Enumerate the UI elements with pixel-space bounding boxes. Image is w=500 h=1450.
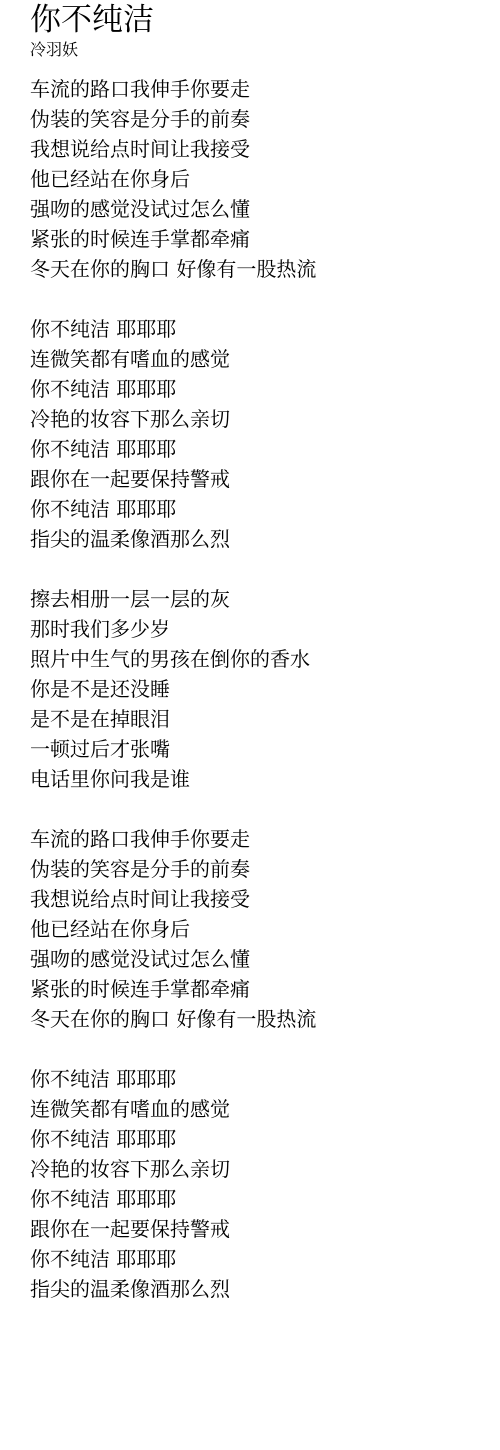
- lyric-line: 跟你在一起要保持警戒: [30, 1214, 470, 1244]
- lyric-line: 伪装的笑容是分手的前奏: [30, 854, 470, 884]
- lyric-line: 车流的路口我伸手你要走: [30, 74, 470, 104]
- lyric-line: 车流的路口我伸手你要走: [30, 824, 470, 854]
- lyric-line: 一顿过后才张嘴: [30, 734, 470, 764]
- lyric-line: 你不纯洁 耶耶耶: [30, 1184, 470, 1214]
- lyric-line: 他已经站在你身后: [30, 164, 470, 194]
- lyric-line: 你不纯洁 耶耶耶: [30, 434, 470, 464]
- song-artist: 冷羽妖: [30, 38, 470, 62]
- lyric-line: 你不纯洁 耶耶耶: [30, 1064, 470, 1094]
- lyric-line: 你不纯洁 耶耶耶: [30, 1244, 470, 1274]
- lyrics: 车流的路口我伸手你要走伪装的笑容是分手的前奏我想说给点时间让我接受他已经站在你身…: [30, 74, 470, 1304]
- lyric-line: 你不纯洁 耶耶耶: [30, 314, 470, 344]
- lyric-line: 冬天在你的胸口 好像有一股热流: [30, 1004, 470, 1034]
- lyric-line: 跟你在一起要保持警戒: [30, 464, 470, 494]
- lyric-line: 我想说给点时间让我接受: [30, 884, 470, 914]
- lyric-line: 指尖的温柔像酒那么烈: [30, 524, 470, 554]
- lyric-line: 他已经站在你身后: [30, 914, 470, 944]
- lyric-line: 冷艳的妆容下那么亲切: [30, 1154, 470, 1184]
- lyric-line: 强吻的感觉没试过怎么懂: [30, 944, 470, 974]
- lyric-line: 那时我们多少岁: [30, 614, 470, 644]
- stanza: 车流的路口我伸手你要走伪装的笑容是分手的前奏我想说给点时间让我接受他已经站在你身…: [30, 824, 470, 1034]
- song-title: 你不纯洁: [30, 2, 470, 38]
- lyric-line: 你不纯洁 耶耶耶: [30, 1124, 470, 1154]
- lyric-line: 我想说给点时间让我接受: [30, 134, 470, 164]
- stanza: 擦去相册一层一层的灰那时我们多少岁照片中生气的男孩在倒你的香水你是不是还没睡是不…: [30, 584, 470, 794]
- lyric-line: 伪装的笑容是分手的前奏: [30, 104, 470, 134]
- stanza: 车流的路口我伸手你要走伪装的笑容是分手的前奏我想说给点时间让我接受他已经站在你身…: [30, 74, 470, 284]
- lyric-line: 指尖的温柔像酒那么烈: [30, 1274, 470, 1304]
- lyric-line: 冷艳的妆容下那么亲切: [30, 404, 470, 434]
- lyric-line: 你是不是还没睡: [30, 674, 470, 704]
- stanza: 你不纯洁 耶耶耶连微笑都有嗜血的感觉你不纯洁 耶耶耶冷艳的妆容下那么亲切你不纯洁…: [30, 314, 470, 554]
- lyric-line: 紧张的时候连手掌都牵痛: [30, 224, 470, 254]
- lyric-line: 是不是在掉眼泪: [30, 704, 470, 734]
- lyric-line: 连微笑都有嗜血的感觉: [30, 344, 470, 374]
- lyric-line: 强吻的感觉没试过怎么懂: [30, 194, 470, 224]
- lyric-line: 紧张的时候连手掌都牵痛: [30, 974, 470, 1004]
- stanza: 你不纯洁 耶耶耶连微笑都有嗜血的感觉你不纯洁 耶耶耶冷艳的妆容下那么亲切你不纯洁…: [30, 1064, 470, 1304]
- lyric-line: 擦去相册一层一层的灰: [30, 584, 470, 614]
- lyric-line: 连微笑都有嗜血的感觉: [30, 1094, 470, 1124]
- lyric-line: 你不纯洁 耶耶耶: [30, 374, 470, 404]
- lyrics-page: 你不纯洁 冷羽妖 车流的路口我伸手你要走伪装的笑容是分手的前奏我想说给点时间让我…: [0, 0, 500, 1450]
- lyric-line: 电话里你问我是谁: [30, 764, 470, 794]
- lyric-line: 冬天在你的胸口 好像有一股热流: [30, 254, 470, 284]
- lyric-line: 你不纯洁 耶耶耶: [30, 494, 470, 524]
- lyric-line: 照片中生气的男孩在倒你的香水: [30, 644, 470, 674]
